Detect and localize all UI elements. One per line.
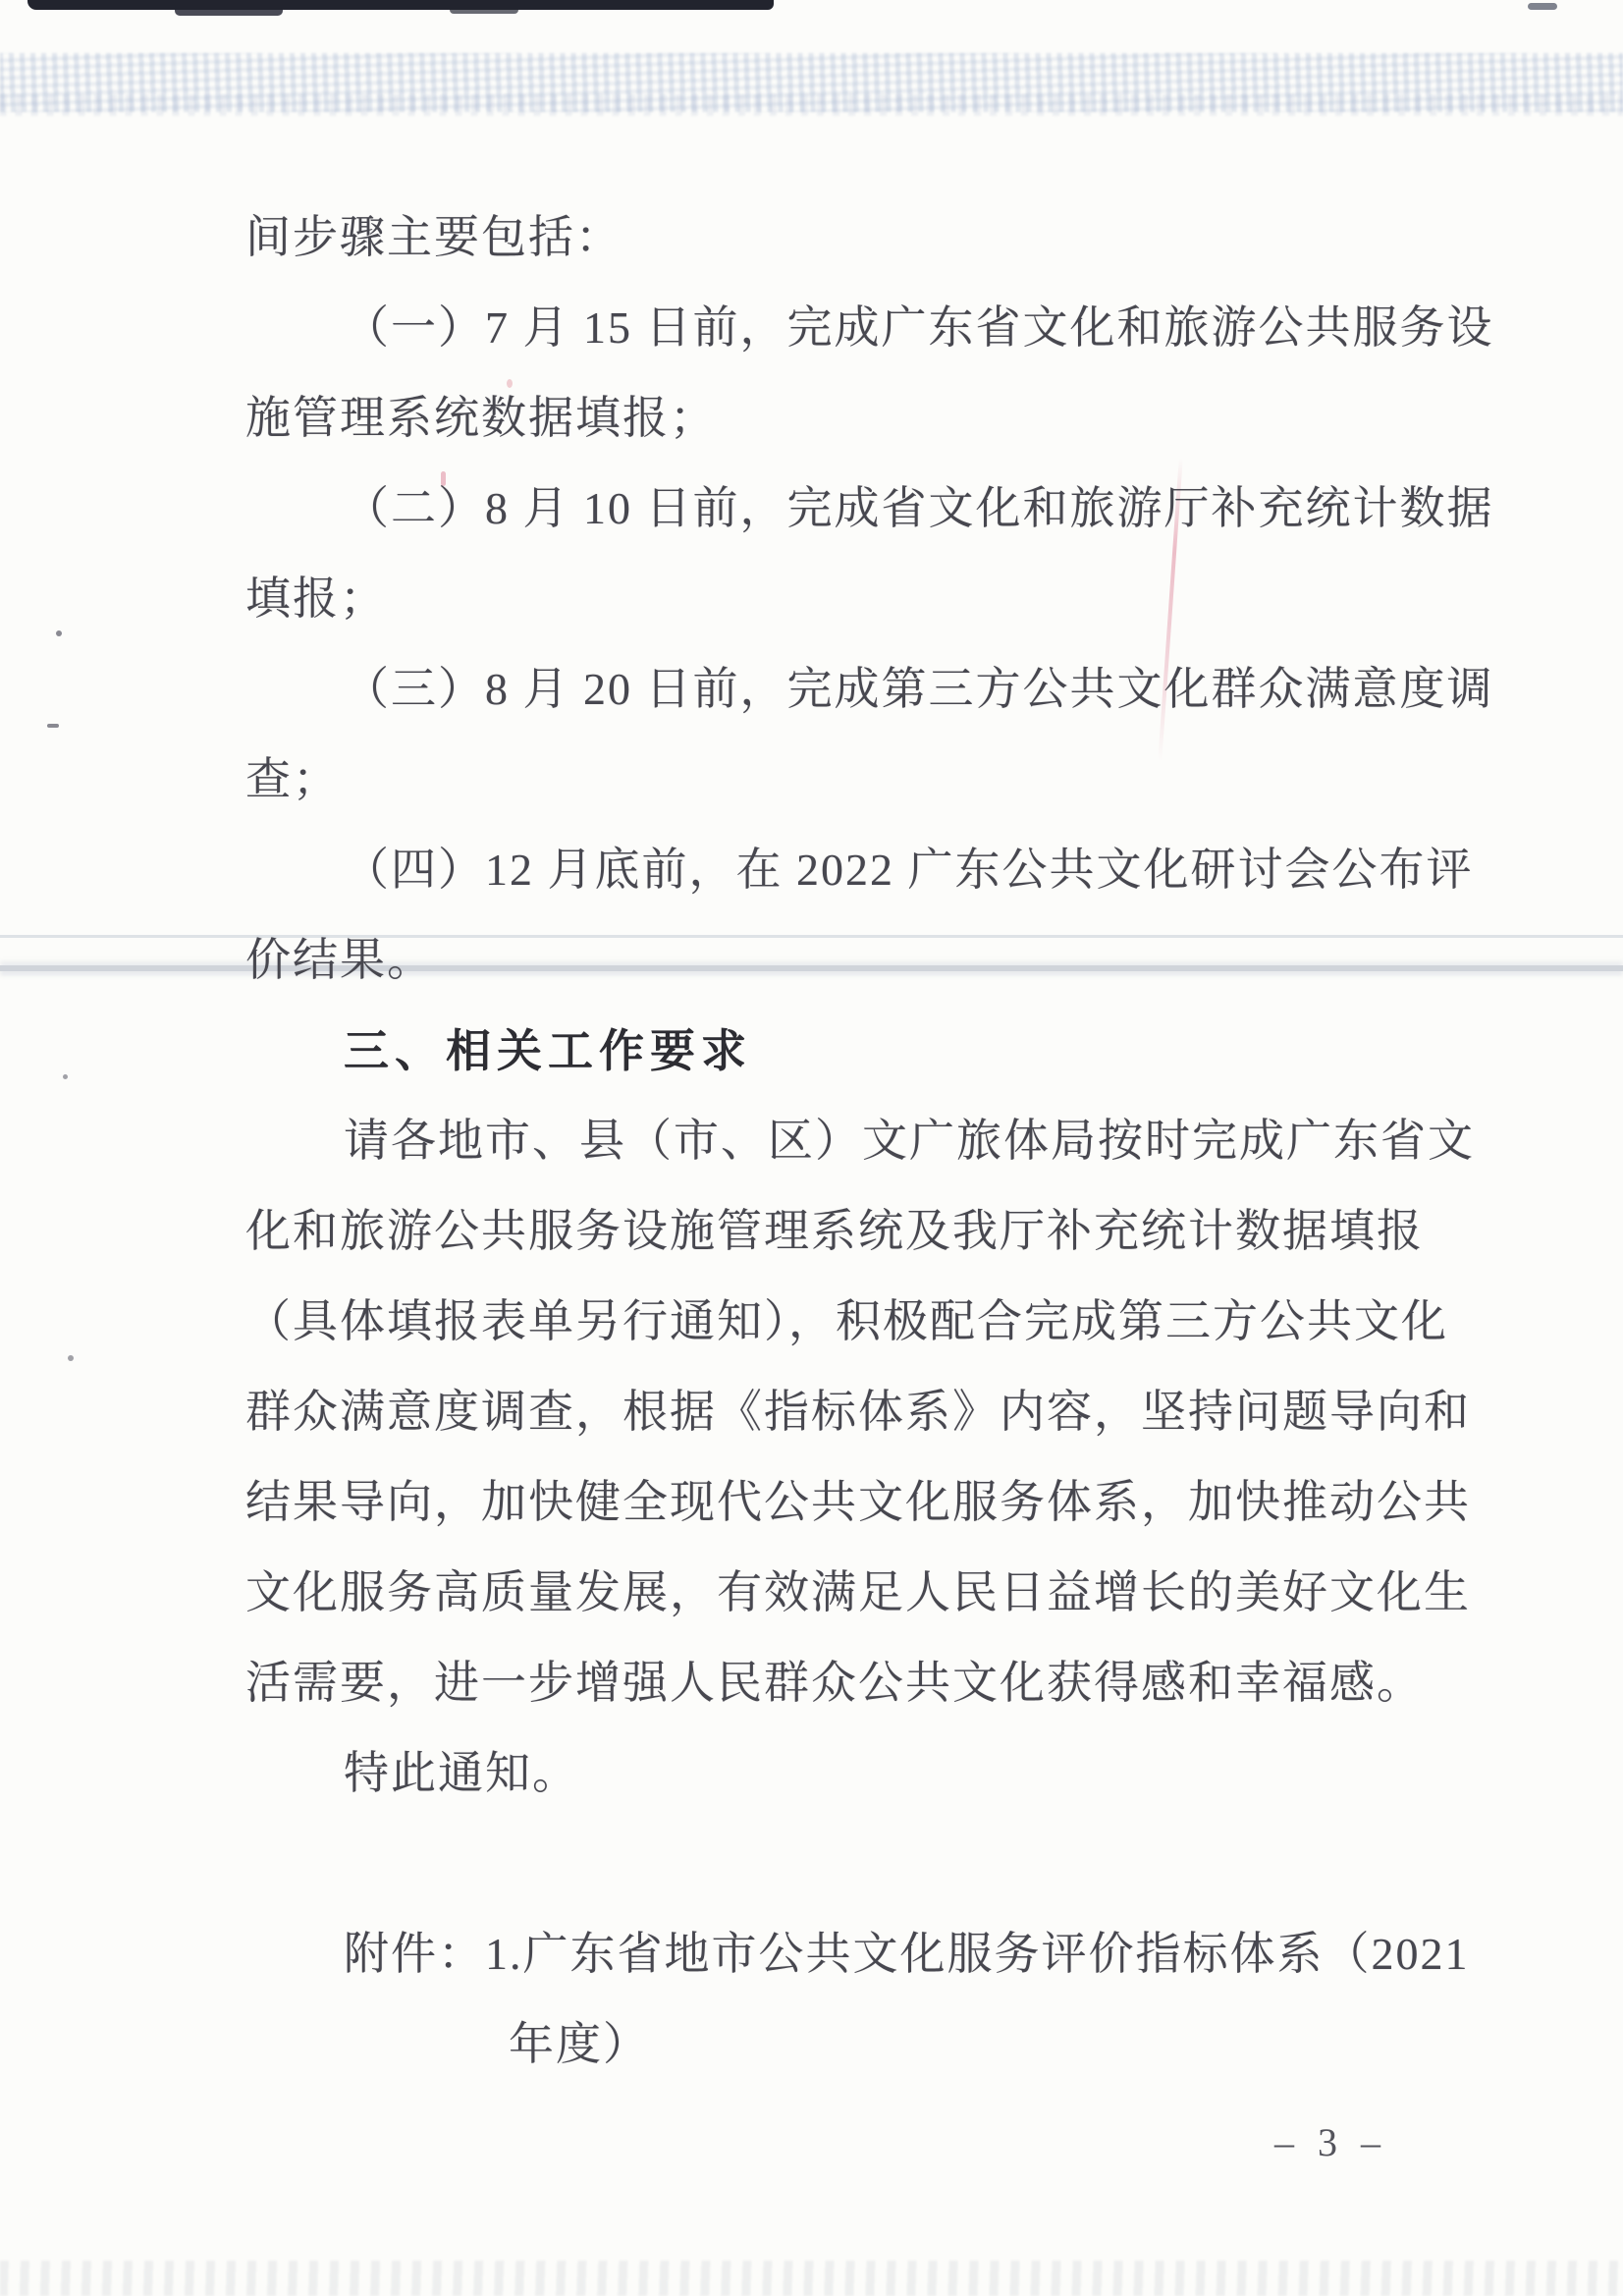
text-line: 特此通知。 [245,1728,1384,1819]
scan-artifact-margin-speck-3 [63,1074,68,1079]
text-line: （具体填报表单另行通知），积极配合完成第三方公共文化 [245,1277,1384,1367]
text-line: 群众满意度调查，根据《指标体系》内容，坚持问题导向和 [245,1367,1384,1457]
text-line: （二）8 月 10 日前，完成省文化和旅游厅补充统计数据 [245,464,1384,554]
text-line: 化和旅游公共服务设施管理系统及我厅补充统计数据填报 [245,1186,1384,1277]
scanned-document-page: 间步骤主要包括： （一）7 月 15 日前，完成广东省文化和旅游公共服务设 施管… [0,0,1623,2296]
text-line: 间步骤主要包括： [245,192,1384,283]
text-line: （一）7 月 15 日前，完成广东省文化和旅游公共服务设 [245,283,1384,373]
text-line: 请各地市、县（市、区）文广旅体局按时完成广东省文 [245,1096,1384,1186]
scan-artifact-top-right-mark [1528,3,1557,10]
scan-artifact-noise-band-2 [0,94,1623,116]
text-line: 查； [245,735,1384,825]
scan-artifact-margin-speck-2 [47,724,59,728]
scan-artifact-margin-speck-4 [68,1355,74,1361]
scan-artifact-top-strip [27,0,774,10]
text-line: 施管理系统数据填报； [245,373,1384,464]
text-line: （四）12 月底前，在 2022 广东公共文化研讨会公布评 [245,825,1384,915]
scan-artifact-bottom-band [0,2261,1623,2296]
text-line: 活需要，进一步增强人民群众公共文化获得感和幸福感。 [245,1638,1384,1728]
text-line: 价结果。 [245,915,1384,1006]
section-heading: 三、相关工作要求 [245,1006,1384,1096]
attachment-line: 附件：1.广东省地市公共文化服务评价指标体系（2021 [245,1909,1384,1999]
text-line: 文化服务高质量发展，有效满足人民日益增长的美好文化生 [245,1548,1384,1638]
document-body: 间步骤主要包括： （一）7 月 15 日前，完成广东省文化和旅游公共服务设 施管… [245,192,1384,2090]
scan-artifact-margin-speck-1 [56,630,62,636]
attachment-line: 年度） [245,1999,1384,2090]
page-number: – 3 – [1274,2119,1387,2165]
text-line: 填报； [245,554,1384,644]
blank-line [245,1819,1384,1909]
text-line: （三）8 月 20 日前，完成第三方公共文化群众满意度调 [245,644,1384,735]
text-line: 结果导向，加快健全现代公共文化服务体系，加快推动公共 [245,1457,1384,1548]
